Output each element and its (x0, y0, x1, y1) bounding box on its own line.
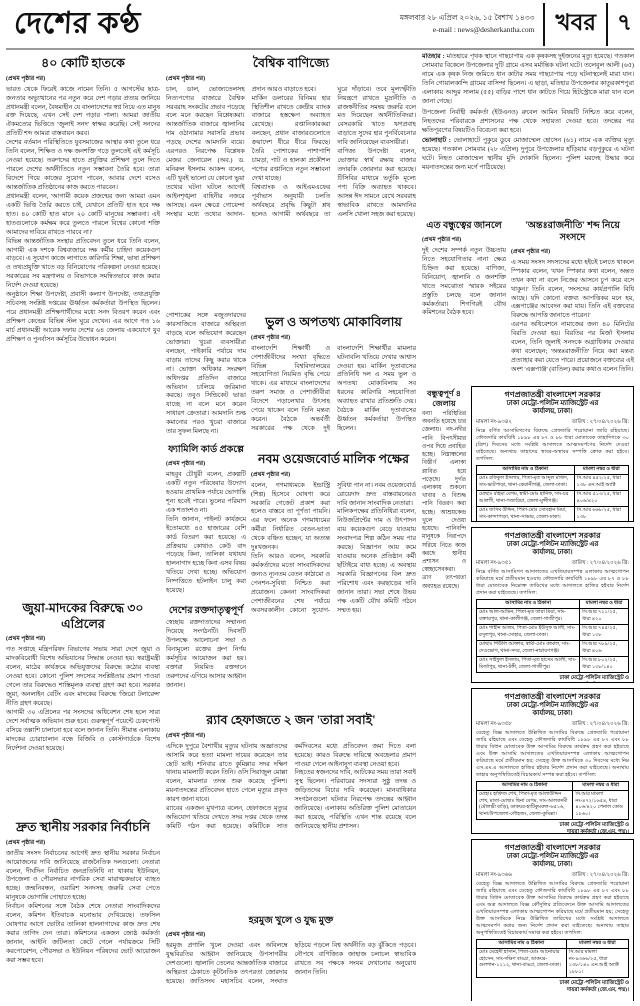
legal-notices-stack: গণপ্রজাতন্ত্রী বাংলাদেশ সরকার ঢাকা মেট্র… (471, 386, 634, 1001)
newspaper-page: দেশের কণ্ঠ মঙ্গলবার ২৮ এপ্রিল ২০২৬, ১৫ ব… (0, 0, 640, 1006)
notice-office: ঢাকা মেট্রো-পলিটন ম্যাজিস্ট্রেট এর (476, 541, 629, 549)
table-row: মোঃ সাইফুল ইসলাম, পিতা-মৃত হাসেম আলী, সা… (477, 657, 629, 673)
article-wageboard: নবম ওয়েজবোর্ড মালিক পক্ষের (প্রথম পৃষ্ঠ… (251, 449, 416, 704)
notice-table: আসামির নাম ও ঠিকানা মামলা নম্বর ও ধারা ম… (476, 939, 629, 979)
notice-office: কার্যালয়, ঢাকা। (476, 549, 629, 557)
table-row: মোঃ আল-আমিন, পিতা-মৃত তারা মিয়া, সাং-বক… (477, 609, 629, 625)
article-body: গত সপ্তাহে মন্ত্রিপরিষদ বিভাগের সভায় সা… (6, 646, 160, 753)
notice-date: তারিখ : ২৭/০৪/২০২৬ খ্রি: (572, 872, 629, 880)
notice-office: কার্যালয়, ঢাকা। (476, 710, 629, 718)
article-body: মাহবুব চৌধুরী বলেন, প্রকল্পটি একটি নতুন … (166, 471, 246, 596)
article-headline: জুয়া-মাদকের বিরুদ্ধে ৩০ এপ্রিলের (8, 601, 158, 632)
continued-marker: (প্রথম পৃষ্ঠার পর) (511, 246, 634, 257)
table-row: মোছাঃ রহিমা বেগম, স্বামী-মোঃ হানিফ, সাং-… (477, 491, 629, 507)
notice-gov-title: গণপ্রজাতন্ত্রী বাংলাদেশ সরকার (476, 390, 629, 400)
table-header-case: মামলা নম্বর ও ধারা (574, 465, 628, 475)
article-jua-madok: জুয়া-মাদকের বিরুদ্ধে ৩০ এপ্রিলের (প্রথম… (6, 598, 160, 810)
article-body: বাংলাদেশি শিক্ষার্থী ও পেশাজীবীদের সংখ্য… (251, 345, 416, 434)
notice-meta: মামলা নং-৯৩৫৮ তারিখ : ২৭/০৪/২০২৬ খ্রি: (476, 721, 629, 729)
roundup-text: ভোলাহাটে পুকুরে ডুবে মোজাম্মেল হোসেন (৬১… (422, 137, 634, 171)
article-body: বলেন, গণমাধ্যমকে ইন্ডাস্ট্রি (শিল্প) হিস… (251, 482, 416, 616)
middle-split-row: পোশাকের সঙ্গে মজুতদারদের কারসাজিতে বাজার… (166, 312, 416, 710)
article-bhul-opotothyo: ভুল ও অপতথ্য মোকাবিলায় (প্রথম পৃষ্ঠার প… (251, 312, 416, 442)
article-headline: 'অন্তঃরাজনীতি' শব্দ নিয়ে সংসদে (513, 221, 632, 245)
continued-marker: (প্রথম পৃষ্ঠার পর) (251, 469, 416, 480)
article-rab-hefajot: র‍্যাব হেফাজতে ২ জন 'তারা সবাই' (প্রথম প… (166, 710, 416, 906)
notice-case-no: মামলা নং-৯৩৫৮ (476, 721, 512, 729)
notice-gov-title: গণপ্রজাতন্ত্রী বাংলাদেশ সরকার (476, 531, 629, 541)
notice-office: ঢাকা মেট্রো-পলিটন ম্যাজিস্ট্রেট এর (476, 702, 629, 710)
newspaper-logo: দেশের কণ্ঠ (5, 0, 142, 50)
notice-signature: ঢাকা মেট্রো-পলিটন ম্যাজিস্ট্রেট ও দায়রা… (476, 980, 629, 994)
article-family-card: ফ্যামিলি কার্ড প্রকল্পে (প্রথম পৃষ্ঠার প… (166, 442, 246, 596)
article-sthaniyo-nirbachon: দ্রুত স্থানীয় সরকার নির্বাচনি (প্রথম পৃ… (6, 817, 160, 993)
masthead-info: মঙ্গলবার ২৮ এপ্রিল ২০২৬, ১৫ বৈশাখ ১৪৩৩ e… (400, 12, 535, 35)
notice-case-no: মামলা নং-৯৩৫১ (476, 560, 512, 568)
masthead-right: মঙ্গলবার ২৮ এপ্রিল ২০২৬, ১৫ বৈশাখ ১৪৩৩ e… (400, 3, 634, 46)
notice-date: তারিখ : ২৭/০৪/২০২৬ খ্রি: (572, 560, 629, 568)
article-boishwik-banijje: বৈশ্বিক বাণিজ্যে (প্রথম পৃষ্ঠার পর) চাল,… (166, 53, 416, 305)
roundup-paragraph: মতিহার : মতিহারে পৃথক স্থানে গাছচাপায় এ… (422, 53, 634, 107)
table-row: মোঃ শাহীন আলম, পিতা-মোঃ ইউসুফ আলী, সাং-র… (477, 625, 629, 641)
notice-table: আসামির নাম ও ঠিকানা মামলা নম্বর ও ধারা ম… (476, 781, 629, 821)
masthead: দেশের কণ্ঠ মঙ্গলবার ২৮ এপ্রিল ২০২৬, ১৫ ব… (6, 0, 634, 48)
notice-body: যেহেতু বিজ্ঞ আদালতে উল্লিখিত আসামির বিরু… (476, 730, 629, 779)
table-row: মোঃ রফিকুল ইসলাম, পিতা-মৃত আব্দুল মজিদ, … (477, 475, 629, 491)
article-body: বন্যা পরিস্থিতির অবনতি হয়েছে চার জেলায়… (422, 410, 466, 591)
notice-signature: ঢাকা মেট্রো-পলিটন ম্যাজিস্ট্রেট ও দায়রা… (476, 822, 629, 834)
column-right: মতিহার : মতিহারে পৃথক স্থানে গাছচাপায় এ… (422, 53, 634, 1001)
notice-gov-title: গণপ্রজাতন্ত্রী বাংলাদেশ সরকার (476, 843, 629, 853)
table-header-name: আসামির নাম ও ঠিকানা (477, 599, 580, 609)
notice-office: ঢাকা মেট্রো-পলিটন ম্যাজিস্ট্রেট এর (476, 853, 629, 861)
article-body: এ সময় সংসদ সদস্যদের মধ্যে হইচই চলতে থাক… (511, 259, 634, 375)
notice-meta: মামলা নং-৯৩৪২ তারিখ : ২৭/০৪/২০২৬ খ্রি: (476, 419, 629, 427)
table-row: মোছাঃ শিউলি আক্তার, স্বামী-মোঃ কামাল, সা… (477, 641, 629, 657)
table-header-name: আসামির নাম ও ঠিকানা (477, 781, 573, 791)
dateline-lead: ভোলাহাট : (422, 137, 451, 144)
article-headline: দেশের রক্তদাতৃত্বপূর্ণ (168, 606, 244, 618)
roundup-text: মতিহারে পৃথক স্থানে গাছচাপায় এক কৃষকসহ … (422, 53, 634, 105)
right-split-row: এত বন্ধুত্বের জানলে (প্রথম পৃষ্ঠার পর) দ… (422, 218, 634, 380)
middle-narrow-strip: পোশাকের সঙ্গে মজুতদারদের কারসাজিতে বাজার… (166, 312, 246, 710)
notice-meta: মামলা নং-৯৩৫১ তারিখ : ২৭/০৪/২০২৬ খ্রি: (476, 560, 629, 568)
roundup-text: উপজেলা নির্বাহী কর্মকর্তা (ইউএনও) রুবেল … (422, 109, 634, 134)
column-left: ৪০ কোটি হাতকে (প্রথম পৃষ্ঠার পর) ভারত থে… (6, 53, 160, 1001)
article-headline: ভুল ও অপতথ্য মোকাবিলায় (253, 315, 414, 331)
notice-body: নিম্নে বর্ণিত আসামিগণের বিরুদ্ধে গ্রেফতা… (476, 428, 629, 463)
article-body: এদিকে দুপুরে বৈশাখীর মৃত্যুর ঘটনায় অজ্ঞ… (166, 743, 416, 832)
article-body: দুই দেশের সম্পর্ক নতুন উচ্চতায় নিতে সহয… (422, 247, 506, 319)
middle-wide-stack: ভুল ও অপতথ্য মোকাবিলায় (প্রথম পৃষ্ঠার প… (251, 312, 416, 710)
article-body: জাতীয় সংসদ নির্বাচনের আগেই দ্রুত স্থানী… (6, 850, 160, 966)
table-header-name: আসামির নাম ও ঠিকানা (477, 939, 567, 949)
notice-office: ঢাকা মেট্রো-পলিটন ম্যাজিস্ট্রেট এর (476, 400, 629, 408)
notice-date: তারিখ : ২৭/০৪/২০২৬ খ্রি: (572, 721, 629, 729)
article-headline: র‍্যাব হেফাজতে ২ জন 'তারা সবাই' (168, 713, 414, 729)
continued-marker: (প্রথম পৃষ্ঠার পর) (422, 234, 506, 245)
article-continuation: পোশাকের সঙ্গে মজুতদারদের কারসাজিতে বাজার… (166, 312, 246, 437)
article-40-koti-hatke: ৪০ কোটি হাতকে (প্রথম পৃষ্ঠার পর) ভারত থে… (6, 53, 160, 591)
article-headline: দ্রুত স্থানীয় সরকার নির্বাচনি (8, 820, 158, 836)
right-bottom-row: বন্ধুত্বপূর্ণ ৪ জেলায় বন্যা পরিস্থিতির … (422, 386, 634, 1001)
continued-marker: (প্রথম পৃষ্ঠার পর) (6, 837, 160, 848)
table-row: মোঃ মেহেদী হাসান, পিতা-মোঃ আনোয়ার হোসেন… (477, 949, 629, 978)
column-middle: বৈশ্বিক বাণিজ্যে (প্রথম পৃষ্ঠার পর) চাল,… (166, 53, 416, 1001)
article-body: স্বেচ্ছায় রক্তদাতাদের সম্মাননা দিয়েছে … (166, 619, 246, 691)
table-row: মোহাঃ হাফিজ শেখ, পিতা-মৃত আলাউদ্দিন শেখ,… (477, 791, 629, 820)
article-bonna-4-jela: বন্ধুত্বপূর্ণ ৪ জেলায় বন্যা পরিস্থিতির … (422, 386, 466, 1001)
article-body: হরমুজ প্রণালি খুলে দেওয়া এবং অবিলম্বে য… (166, 942, 416, 987)
notice-signature: ঢাকা মেট্রো-পলিটন ম্যাজিস্ট্রেট ও দায়রা… (476, 675, 629, 683)
article-headline: ফ্যামিলি কার্ড প্রকল্পে (168, 445, 244, 457)
dateline-lead: মতিহার : (422, 53, 445, 60)
notice-table: আসামির নাম ও ঠিকানা মামলা নম্বর ও ধারা ম… (476, 465, 629, 522)
masthead-dateline: মঙ্গলবার ২৮ এপ্রিল ২০২৬, ১৫ বৈশাখ ১৪৩৩ (400, 12, 535, 24)
article-headline: বন্ধুত্বপূর্ণ ৪ জেলায় (424, 389, 464, 409)
roundup-paragraph: ভোলাহাট : ভোলাহাটে পুকুরে ডুবে মোজাম্মেল… (422, 137, 634, 173)
table-header-case: মামলা নম্বর ও ধারা (573, 781, 629, 791)
table-row: মোঃ জসিম উদ্দিন, পিতা-মোঃ সোবহান মিয়া, … (477, 507, 629, 522)
notice-body: যেহেতু বিজ্ঞ আদালতে উল্লিখিত আসামির বিরু… (476, 881, 629, 937)
article-body: ভারত থেকে ফিরেই কাজে নামেন তিনি। ৫ আগস্ট… (6, 86, 160, 345)
continued-marker: (প্রথম পৃষ্ঠার পর) (6, 633, 160, 644)
notice-date: তারিখ : ২৭/০৪/২০২৬ খ্রি: (572, 419, 629, 427)
continued-marker: (প্রথম পৃষ্ঠার পর) (166, 458, 246, 469)
notice-office: কার্যালয়, ঢাকা। (476, 861, 629, 869)
notice-box: গণপ্রজাতন্ত্রী বাংলাদেশ সরকার ঢাকা মেট্র… (471, 688, 634, 834)
notice-meta: মামলা নং-৯৩৬৬ তারিখ : ২৭/০৪/২০২৬ খ্রি: (476, 872, 629, 880)
article-headline: বৈশ্বিক বাণিজ্যে (168, 56, 414, 72)
continued-marker: (প্রথম পৃষ্ঠার পর) (6, 73, 160, 84)
table-header-case: মামলা নম্বর ও ধারা (580, 599, 629, 609)
section-label: খবর (543, 3, 608, 46)
continued-marker: (প্রথম পৃষ্ঠার পর) (166, 929, 416, 940)
notice-office: কার্যালয়, ঢাকা। (476, 408, 629, 416)
notice-gov-title: গণপ্রজাতন্ত্রী বাংলাদেশ সরকার (476, 692, 629, 702)
continued-marker: (প্রথম পৃষ্ঠার পর) (166, 73, 416, 84)
masthead-email: e-mail : news@desherkantha.com (400, 24, 535, 36)
notice-case-no: মামলা নং-৯৩৬৬ (476, 872, 512, 880)
notice-table: আসামির নাম ও ঠিকানা মামলা নম্বর ও ধারা ম… (476, 599, 629, 674)
article-headline: হরমুজ খুলে ও যুদ্ধ মুক্ত (168, 916, 414, 928)
article-bondhutter-janle: এত বন্ধুত্বের জানলে (প্রথম পৃষ্ঠার পর) দ… (422, 218, 506, 380)
article-headline: নবম ওয়েজবোর্ড মালিক পক্ষের (253, 452, 414, 468)
article-headline: ৪০ কোটি হাতকে (8, 56, 158, 72)
table-header-case: মামলা নম্বর ও ধারা (566, 939, 628, 949)
table-header-name: আসামির নাম ও ঠিকানা (477, 465, 575, 475)
notice-box: গণপ্রজাতন্ত্রী বাংলাদেশ সরকার ঢাকা মেট্র… (471, 527, 634, 683)
page-body: ৪০ কোটি হাতকে (প্রথম পৃষ্ঠার পর) ভারত থে… (6, 53, 634, 1001)
continued-marker: (প্রথম পৃষ্ঠার পর) (251, 332, 416, 343)
article-district-roundup: মতিহার : মতিহারে পৃথক স্থানে গাছচাপায় এ… (422, 53, 634, 211)
roundup-paragraph: উপজেলা নির্বাহী কর্মকর্তা (ইউএনও) রুবেল … (422, 109, 634, 136)
article-headline: এত বন্ধুত্বের জানলে (424, 221, 504, 233)
continued-marker: (প্রথম পৃষ্ঠার পর) (166, 730, 416, 741)
notice-box: গণপ্রজাতন্ত্রী বাংলাদেশ সরকার ঢাকা মেট্র… (471, 839, 634, 1001)
notice-case-no: মামলা নং-৯৩৪২ (476, 419, 512, 427)
notice-body: নিম্নে বর্ণিত আসামিগণ আদালতের এখতিয়ারসম… (476, 569, 629, 597)
article-roktodan: দেশের রক্তদাতৃত্বপূর্ণ স্বেচ্ছায় রক্তদা… (166, 603, 246, 690)
page-number: ৭ (608, 3, 634, 46)
article-body: চাল, ডাল, ভোজ্যতেলসহ নিত্যপণ্যের বাজারে … (166, 86, 416, 220)
article-hormuj: হরমুজ খুলে ও যুদ্ধ মুক্ত (প্রথম পৃষ্ঠার … (166, 913, 416, 999)
article-ontorajniti: 'অন্তঃরাজনীতি' শব্দ নিয়ে সংসদে (প্রথম প… (511, 218, 634, 380)
notice-box: গণপ্রজাতন্ত্রী বাংলাদেশ সরকার ঢাকা মেট্র… (471, 386, 634, 522)
